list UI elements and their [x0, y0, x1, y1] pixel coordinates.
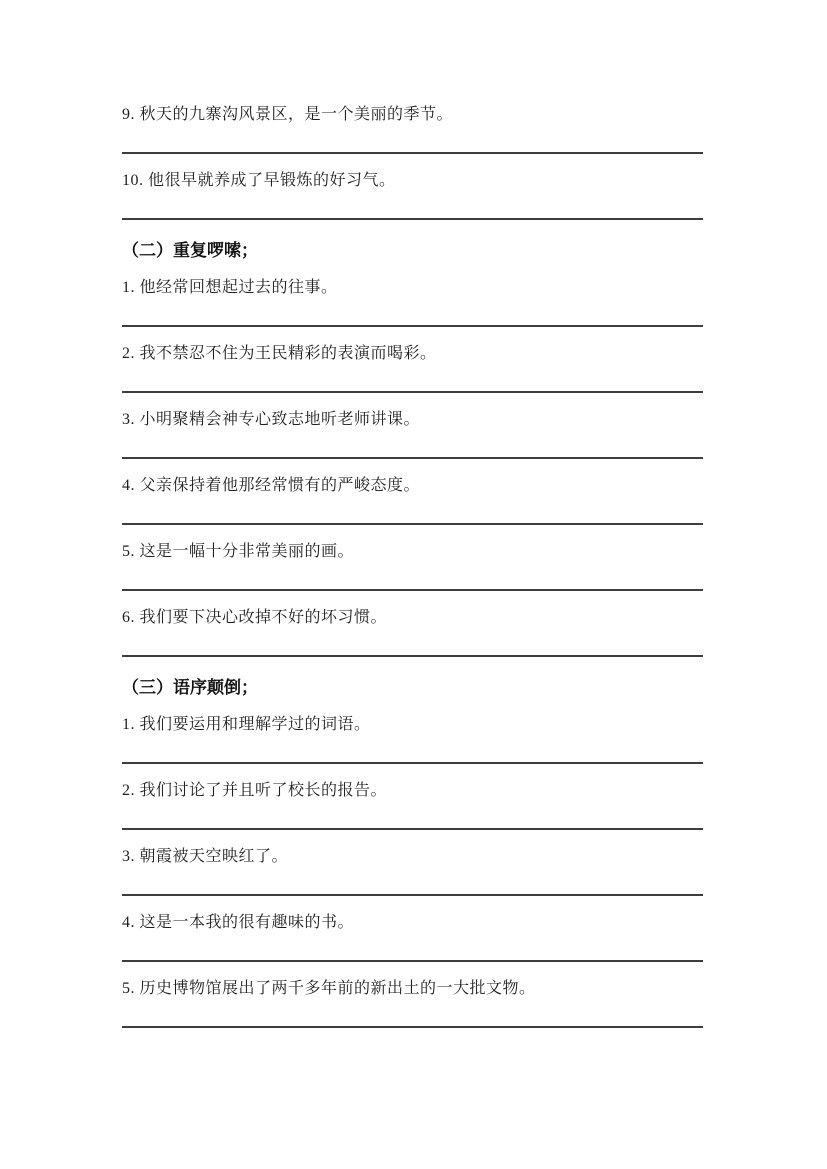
exercise-item: 5. 历史博物馆展出了两千多年前的新出土的一大批文物。: [122, 979, 703, 1028]
sentence-text: 1. 我们要运用和理解学过的词语。: [122, 715, 703, 735]
answer-blank-line[interactable]: [122, 152, 703, 154]
answer-blank-line[interactable]: [122, 1026, 703, 1028]
exercise-item: 1. 我们要运用和理解学过的词语。: [122, 715, 703, 764]
answer-blank-line[interactable]: [122, 828, 703, 830]
section-heading: （二）重复啰嗦；: [122, 240, 703, 262]
sentence-text: 2. 我们讨论了并且听了校长的报告。: [122, 781, 703, 801]
exercise-item: 5. 这是一幅十分非常美丽的画。: [122, 542, 703, 591]
exercise-item: 2. 我们讨论了并且听了校长的报告。: [122, 781, 703, 830]
sentence-text: 6. 我们要下决心改掉不好的坏习惯。: [122, 608, 703, 628]
sentence-text: 1. 他经常回想起过去的往事。: [122, 278, 703, 298]
sentence-text: 5. 这是一幅十分非常美丽的画。: [122, 542, 703, 562]
exercise-item: 10. 他很早就养成了早锻炼的好习气。: [122, 171, 703, 220]
exercise-item: 9. 秋天的九寨沟风景区，是一个美丽的季节。: [122, 105, 703, 154]
exercise-item: 4. 父亲保持着他那经常惯有的严峻态度。: [122, 476, 703, 525]
answer-blank-line[interactable]: [122, 589, 703, 591]
worksheet-page: 9. 秋天的九寨沟风景区，是一个美丽的季节。 10. 他很早就养成了早锻炼的好习…: [0, 0, 827, 1169]
sentence-text: 3. 朝霞被天空映红了。: [122, 847, 703, 867]
answer-blank-line[interactable]: [122, 655, 703, 657]
answer-blank-line[interactable]: [122, 762, 703, 764]
sentence-text: 2. 我不禁忍不住为王民精彩的表演而喝彩。: [122, 344, 703, 364]
sentence-text: 4. 父亲保持着他那经常惯有的严峻态度。: [122, 476, 703, 496]
answer-blank-line[interactable]: [122, 523, 703, 525]
answer-blank-line[interactable]: [122, 218, 703, 220]
section-heading: （三）语序颠倒；: [122, 677, 703, 699]
exercise-item: 1. 他经常回想起过去的往事。: [122, 278, 703, 327]
sentence-text: 5. 历史博物馆展出了两千多年前的新出土的一大批文物。: [122, 979, 703, 999]
exercise-item: 3. 朝霞被天空映红了。: [122, 847, 703, 896]
sentence-text: 10. 他很早就养成了早锻炼的好习气。: [122, 171, 703, 191]
answer-blank-line[interactable]: [122, 325, 703, 327]
answer-blank-line[interactable]: [122, 894, 703, 896]
sentence-text: 3. 小明聚精会神专心致志地听老师讲课。: [122, 410, 703, 430]
exercise-item: 4. 这是一本我的很有趣味的书。: [122, 913, 703, 962]
worksheet-content: 9. 秋天的九寨沟风景区，是一个美丽的季节。 10. 他很早就养成了早锻炼的好习…: [122, 105, 703, 1028]
exercise-item: 2. 我不禁忍不住为王民精彩的表演而喝彩。: [122, 344, 703, 393]
exercise-item: 6. 我们要下决心改掉不好的坏习惯。: [122, 608, 703, 657]
sentence-text: 4. 这是一本我的很有趣味的书。: [122, 913, 703, 933]
answer-blank-line[interactable]: [122, 457, 703, 459]
answer-blank-line[interactable]: [122, 960, 703, 962]
exercise-item: 3. 小明聚精会神专心致志地听老师讲课。: [122, 410, 703, 459]
sentence-text: 9. 秋天的九寨沟风景区，是一个美丽的季节。: [122, 105, 703, 125]
answer-blank-line[interactable]: [122, 391, 703, 393]
